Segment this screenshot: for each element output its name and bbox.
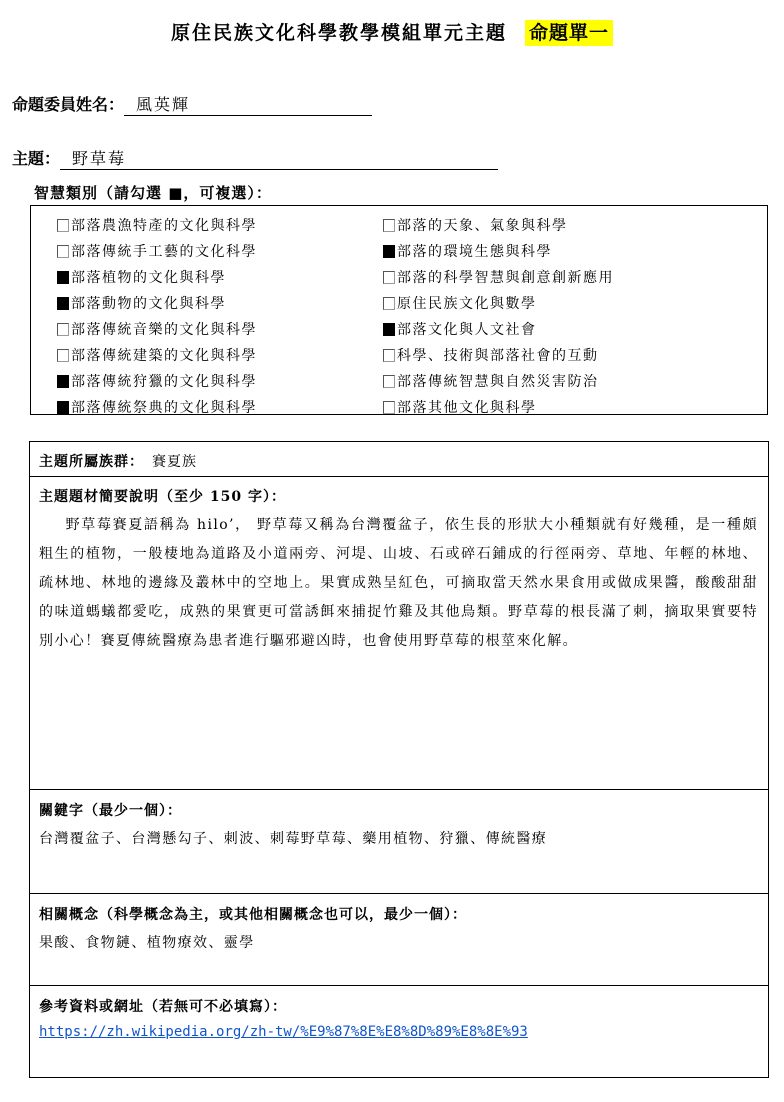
unchecked-box-icon[interactable] — [57, 349, 69, 362]
tribe-label: 主題所屬族群： — [39, 454, 144, 470]
category-label: 部落的天象、氣象與科學 — [397, 215, 568, 235]
topic-info-table: 主題所屬族群：賽夏族 主題題材簡要說明（至少 150 字）： 野草莓賽夏語稱為 … — [29, 441, 769, 1078]
category-heading: 智慧類別（請勾選 ■，可複選）： — [34, 182, 272, 203]
category-label: 部落植物的文化與科學 — [71, 267, 226, 287]
category-item[interactable]: 部落傳統音樂的文化與科學 — [57, 316, 257, 342]
category-item[interactable]: 部落文化與人文社會 — [383, 316, 614, 342]
concepts-label: 相關概念（科學概念為主，或其他相關概念也可以，最少一個）： — [39, 904, 467, 924]
checked-box-icon[interactable] — [57, 375, 69, 388]
unchecked-box-icon[interactable] — [57, 219, 69, 232]
category-item[interactable]: 部落的環境生態與科學 — [383, 238, 614, 264]
keywords-value[interactable]: 台灣覆盆子、台灣懸勾子、刺波、刺莓野草莓、藥用植物、狩獵、傳統醫療 — [39, 828, 758, 848]
unchecked-box-icon[interactable] — [383, 219, 395, 232]
document-title: 原住民族文化科學教學模組單元主題命題單一 — [0, 18, 784, 45]
topic-value[interactable]: 野草莓 — [60, 146, 498, 170]
category-label: 部落農漁特產的文化與科學 — [71, 215, 257, 235]
category-label: 部落傳統智慧與自然災害防治 — [397, 371, 599, 391]
category-label: 原住民族文化與數學 — [397, 293, 537, 313]
title-text: 原住民族文化科學教學模組單元主題 — [171, 22, 507, 44]
category-label: 部落傳統建築的文化與科學 — [71, 345, 257, 365]
references-label: 參考資料或網址（若無可不必填寫）： — [39, 996, 287, 1016]
description-label: 主題題材簡要說明（至少 150 字）： — [39, 486, 286, 506]
unchecked-box-icon[interactable] — [57, 323, 69, 336]
checked-box-icon[interactable] — [57, 297, 69, 310]
category-item[interactable]: 部落傳統智慧與自然災害防治 — [383, 368, 614, 394]
tribe-field: 主題所屬族群：賽夏族 — [39, 451, 197, 471]
description-row: 主題題材簡要說明（至少 150 字）： 野草莓賽夏語稱為 hilo’， 野草莓又… — [30, 477, 768, 790]
unchecked-box-icon[interactable] — [383, 401, 395, 414]
title-highlight: 命題單一 — [525, 20, 613, 46]
author-field: 命題委員姓名：風英輝 — [12, 92, 372, 116]
category-label: 部落傳統音樂的文化與科學 — [71, 319, 257, 339]
category-item[interactable]: 部落傳統手工藝的文化科學 — [57, 238, 257, 264]
checked-box-icon[interactable] — [383, 245, 395, 258]
category-item[interactable]: 部落傳統祭典的文化與科學 — [57, 394, 257, 420]
category-item[interactable]: 部落傳統建築的文化與科學 — [57, 342, 257, 368]
references-row: 參考資料或網址（若無可不必填寫）： https://zh.wikipedia.o… — [30, 986, 768, 1078]
category-label: 部落動物的文化與科學 — [71, 293, 226, 313]
tribe-value[interactable]: 賽夏族 — [152, 454, 197, 470]
keywords-row: 關鍵字（最少一個）： 台灣覆盆子、台灣懸勾子、刺波、刺莓野草莓、藥用植物、狩獵、… — [30, 790, 768, 894]
category-column-left: 部落農漁特產的文化與科學部落傳統手工藝的文化科學部落植物的文化與科學部落動物的文… — [57, 212, 257, 420]
checked-box-icon[interactable] — [57, 271, 69, 284]
category-label: 部落其他文化與科學 — [397, 397, 537, 417]
unchecked-box-icon[interactable] — [383, 349, 395, 362]
concepts-row: 相關概念（科學概念為主，或其他相關概念也可以，最少一個）： 果酸、食物鏈、植物療… — [30, 894, 768, 986]
category-column-right: 部落的天象、氣象與科學部落的環境生態與科學部落的科學智慧與創意創新應用原住民族文… — [383, 212, 614, 420]
category-item[interactable]: 部落農漁特產的文化與科學 — [57, 212, 257, 238]
category-label: 部落文化與人文社會 — [397, 319, 537, 339]
author-label: 命題委員姓名： — [12, 95, 124, 114]
author-value[interactable]: 風英輝 — [124, 92, 372, 116]
category-item[interactable]: 部落植物的文化與科學 — [57, 264, 257, 290]
category-item[interactable]: 部落的科學智慧與創意創新應用 — [383, 264, 614, 290]
tribe-row: 主題所屬族群：賽夏族 — [30, 442, 768, 477]
category-label: 部落的科學智慧與創意創新應用 — [397, 267, 614, 287]
category-label: 部落傳統祭典的文化與科學 — [71, 397, 257, 417]
description-body[interactable]: 野草莓賽夏語稱為 hilo’， 野草莓又稱為台灣覆盆子，依生長的形狀大小種類就有… — [39, 511, 758, 656]
category-item[interactable]: 部落動物的文化與科學 — [57, 290, 257, 316]
category-item[interactable]: 原住民族文化與數學 — [383, 290, 614, 316]
category-checklist: 部落農漁特產的文化與科學部落傳統手工藝的文化科學部落植物的文化與科學部落動物的文… — [30, 205, 768, 415]
unchecked-box-icon[interactable] — [57, 245, 69, 258]
description-text: 野草莓賽夏語稱為 hilo’， 野草莓又稱為台灣覆盆子，依生長的形狀大小種類就有… — [39, 511, 758, 656]
unchecked-box-icon[interactable] — [383, 271, 395, 284]
unchecked-box-icon[interactable] — [383, 375, 395, 388]
category-label: 部落傳統狩獵的文化與科學 — [71, 371, 257, 391]
concepts-value[interactable]: 果酸、食物鏈、植物療效、靈學 — [39, 932, 758, 952]
topic-label: 主題： — [12, 149, 60, 168]
checked-box-icon[interactable] — [57, 401, 69, 414]
reference-link[interactable]: https://zh.wikipedia.org/zh-tw/%E9%87%8E… — [39, 1024, 528, 1040]
category-item[interactable]: 科學、技術與部落社會的互動 — [383, 342, 614, 368]
checked-box-icon[interactable] — [383, 323, 395, 336]
topic-field: 主題：野草莓 — [12, 146, 498, 170]
keywords-label: 關鍵字（最少一個）： — [39, 800, 182, 820]
category-item[interactable]: 部落的天象、氣象與科學 — [383, 212, 614, 238]
category-label: 科學、技術與部落社會的互動 — [397, 345, 599, 365]
category-label: 部落的環境生態與科學 — [397, 241, 552, 261]
category-item[interactable]: 部落其他文化與科學 — [383, 394, 614, 420]
unchecked-box-icon[interactable] — [383, 297, 395, 310]
category-label: 部落傳統手工藝的文化科學 — [71, 241, 257, 261]
category-item[interactable]: 部落傳統狩獵的文化與科學 — [57, 368, 257, 394]
